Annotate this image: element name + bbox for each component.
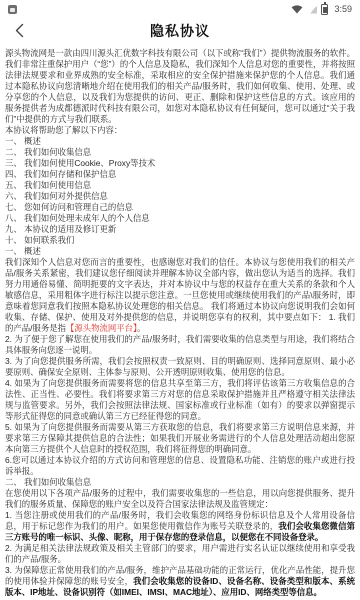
section1-item4: 4. 如果为了向您提供服务而需要将您的信息共享至第三方，我们将评估该第三方收集信… (5, 378, 355, 422)
screenshot-icon (8, 5, 17, 14)
section1-item3: 3. 为了向您提供服务所需，我们会按照权责一致原则、目的明确原则、选择同意原则、… (5, 356, 355, 378)
section2-intro: 在您使用以下各项产品/服务的过程中，我们需要收集您的一些信息，用以向您提供服务、… (5, 488, 355, 510)
toc-item: 三、 我们如何使用Cookie、Proxy等技术 (5, 158, 355, 169)
privacy-policy-content[interactable]: 源头物流网是一款由四川源头汇优数字科技有限公司（以下或称“我们”）提供物流服务的… (0, 45, 360, 597)
toc-item: 七、 您如何访问和管理自己的信息 (5, 202, 355, 213)
section2-item1: 1. 当您注册或使用我们的产品/服务时，我们会收集您的网络身份标识信息及个人常用… (5, 510, 355, 543)
section2-item3: 3. 为保障您正常使用我们的产品/服务，维护产品基础功能的正常运行，优化产品性能… (5, 565, 355, 597)
platform-name-highlight: 【源头物流网平台】 (66, 323, 137, 333)
toc-item: 九、 本协议的适用及修订更新 (5, 224, 355, 235)
toc-item: 一、 概述 (5, 136, 355, 147)
section2-heading: 二、 我们如何收集信息 (5, 477, 355, 488)
toc-item: 八、 我们如何处理未成年人的个人信息 (5, 213, 355, 224)
toc-item: 二、 我们如何收集信息 (5, 147, 355, 158)
back-button[interactable] (9, 20, 29, 40)
toc-item: 十、 如何联系我们 (5, 235, 355, 246)
intro-paragraph: 源头物流网是一款由四川源头汇优数字科技有限公司（以下或称“我们”）提供物流服务的… (5, 48, 355, 125)
wifi-icon (291, 4, 303, 14)
page-title: 隐私协议 (150, 21, 210, 41)
section1-paragraph1: 我们深知个人信息对您而言的重要性，也感谢您对我们的信任。本协议与您使用我们的相关… (5, 257, 355, 334)
status-bar: 3:59 (0, 0, 360, 16)
battery-icon (321, 4, 328, 15)
section1-heading: 一、 概述 (5, 246, 355, 257)
section1-item6: 6.您可以通过本协议介绍的方式访问和管理您的信息、设置隐私功能、注销您的账户或进… (5, 455, 355, 477)
toc-intro: 本协议将帮助您了解以下内容： (5, 125, 355, 136)
toc-list: 一、 概述 二、 我们如何收集信息 三、 我们如何使用Cookie、Proxy等… (5, 136, 355, 246)
toc-item: 五、 我们如何使用信息 (5, 180, 355, 191)
title-bar: 隐私协议 (0, 16, 360, 45)
chevron-left-icon (15, 23, 24, 38)
section2-item2: 2. 为满足相关法律法规政策及相关主管部门的要求，用户需进行实名认证以继续使用和… (5, 543, 355, 565)
no-signal-icon (307, 5, 317, 14)
status-time: 3:59 (334, 4, 352, 14)
toc-item: 六、 我们如何对外提供信息 (5, 191, 355, 202)
section1-item2: 2. 为了便于您了解您在使用我们的产品/服务时，我们需要收集的信息类型与用途，我… (5, 334, 355, 356)
toc-item: 四、 我们如何存储和保护信息 (5, 169, 355, 180)
section1-item5: 5. 如果为了向您提供服务而需要从第三方获取您的信息，我们将要求第三方说明信息来… (5, 422, 355, 455)
app-screen: 3:59 隐私协议 源头物流网是一款由四川源头汇优数字科技有限公司（以下或称“我… (0, 0, 360, 600)
